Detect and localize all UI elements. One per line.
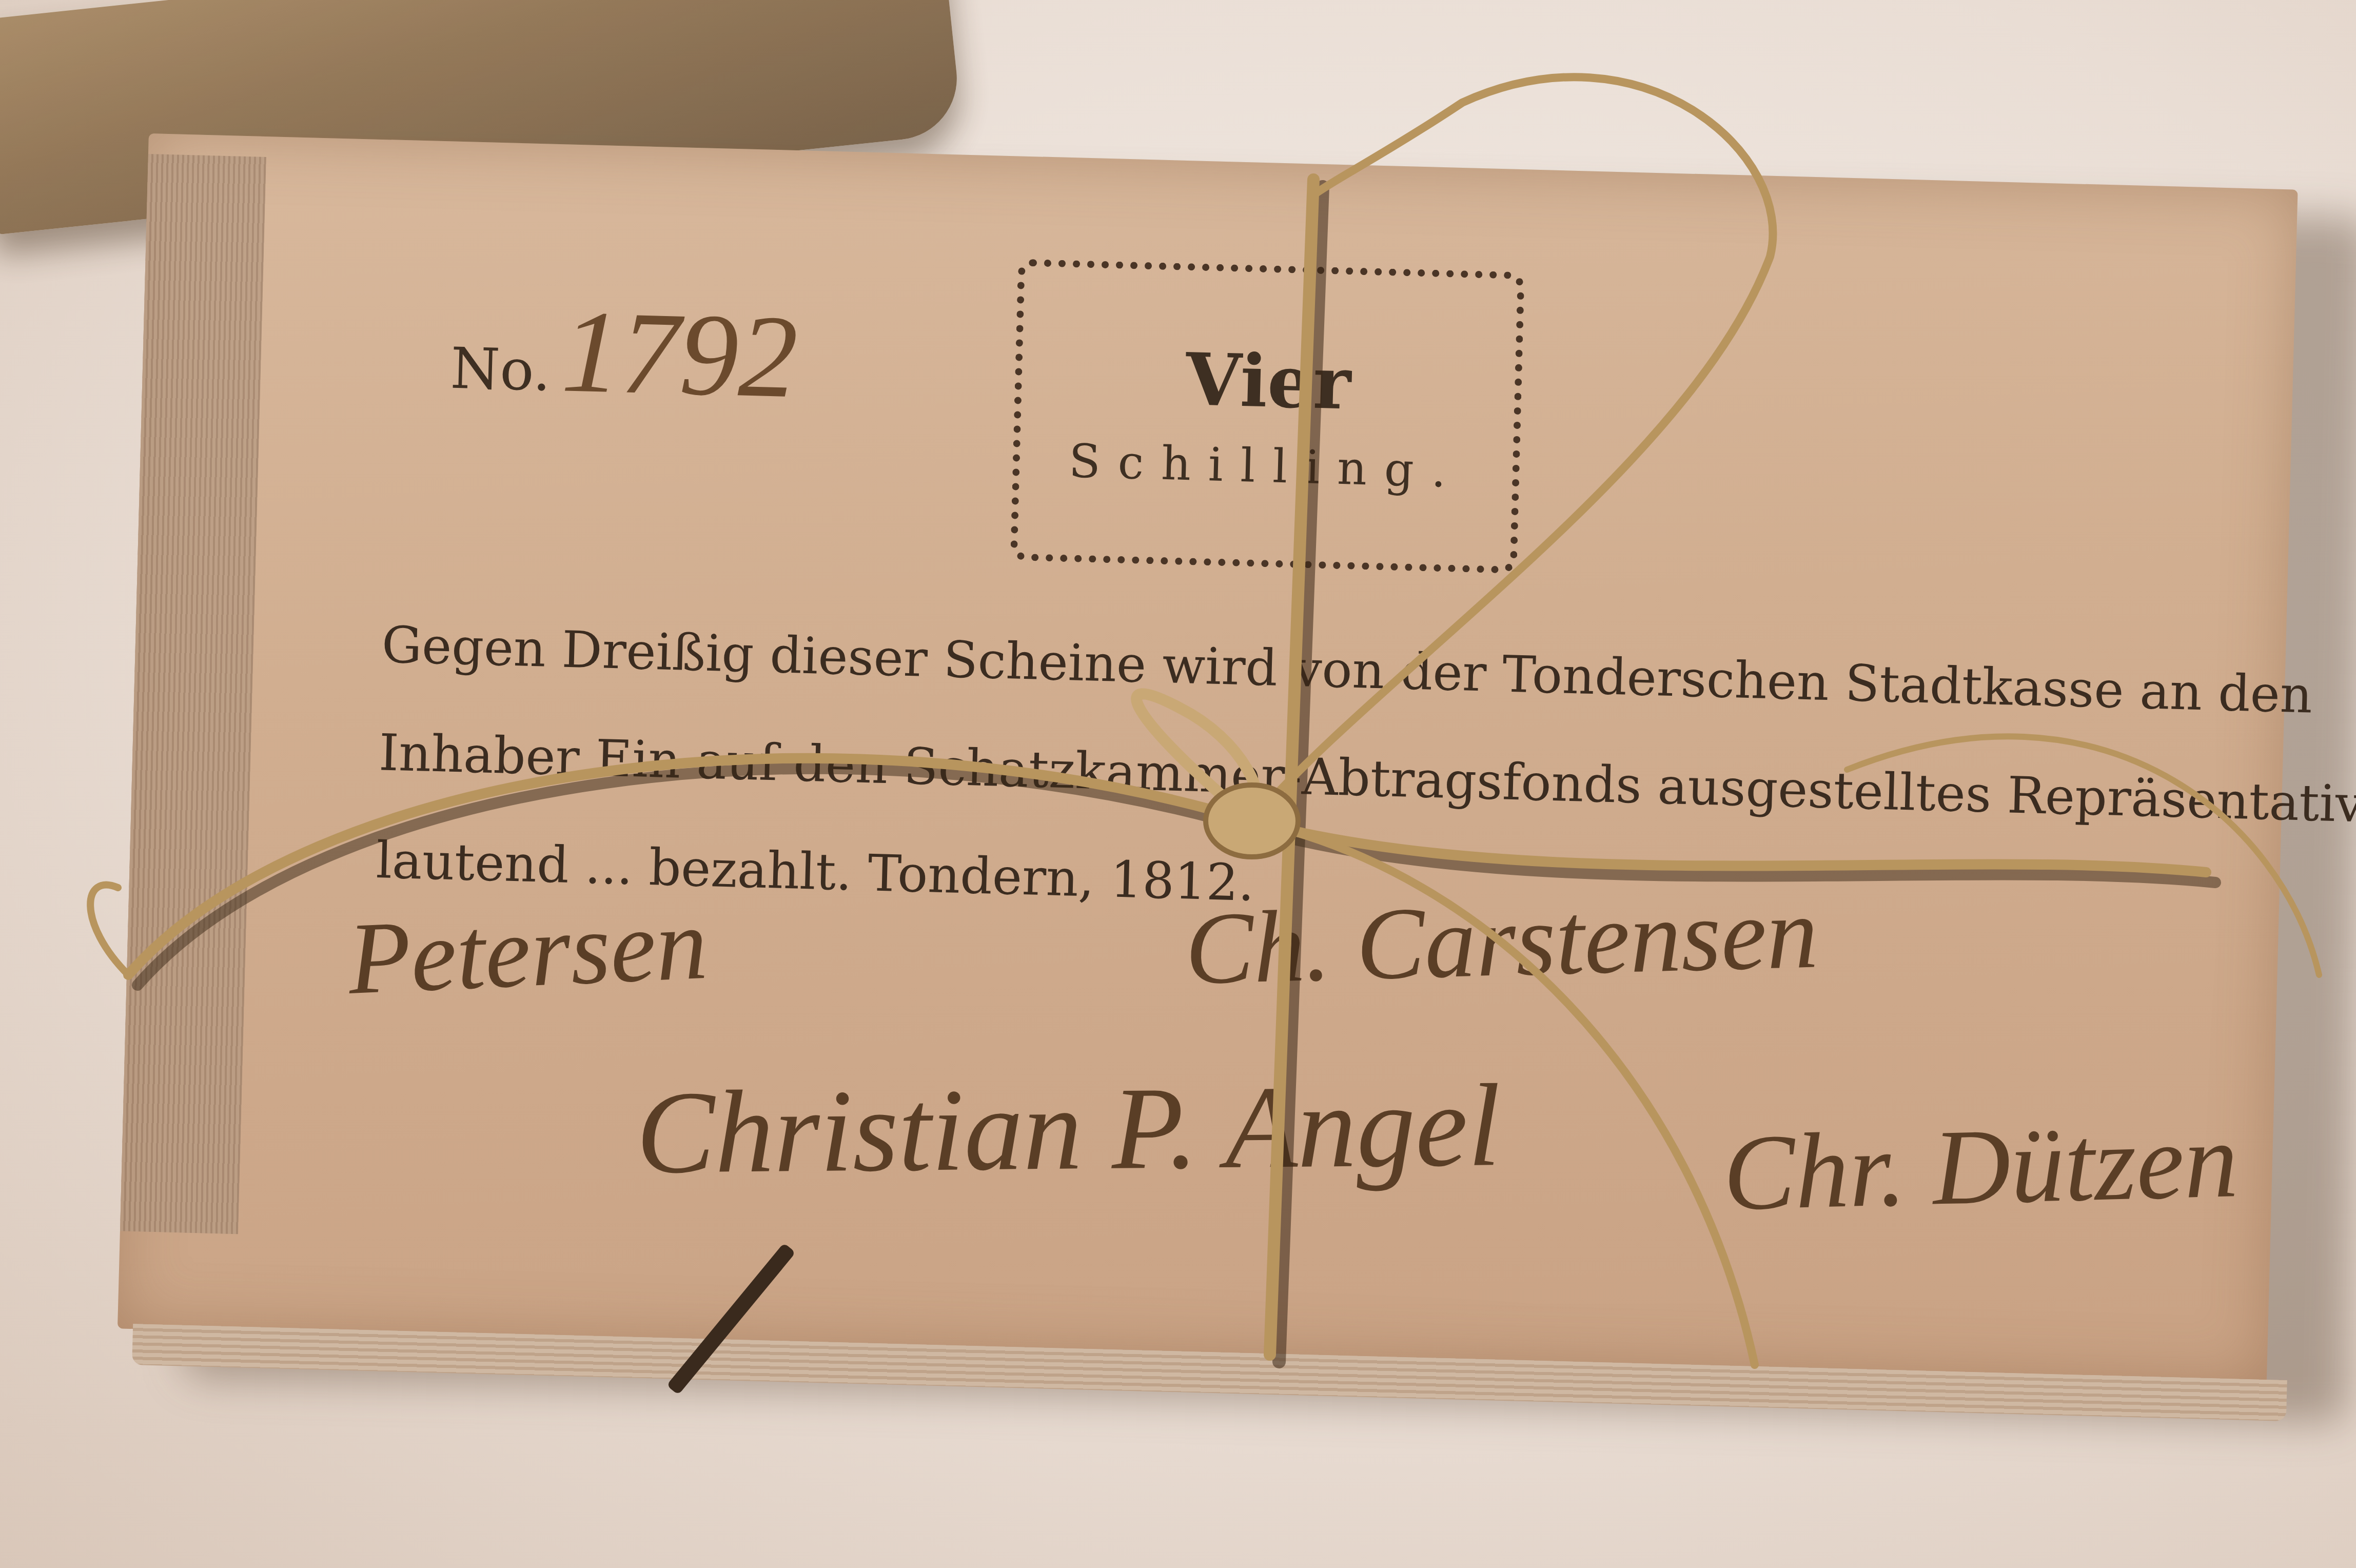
- denomination-unit: Schilling.: [1068, 434, 1464, 498]
- serial-label: No.: [450, 336, 552, 404]
- denomination-box: Vier Schilling.: [1010, 259, 1525, 574]
- signature: Chr. Dützen: [1722, 1099, 2240, 1236]
- serial-number: No.1792: [449, 280, 799, 425]
- note-stack-edge: [132, 1324, 2287, 1421]
- denomination-value: Vier: [1185, 338, 1352, 426]
- serial-value: 1792: [560, 285, 799, 422]
- signature: Petersen: [346, 885, 710, 1018]
- banknote: No.1792 Vier Schilling. Gegen Dreißig di…: [117, 133, 2298, 1385]
- signature: Christian P. Angel: [636, 1057, 1501, 1201]
- signature: Ch. Carstensen: [1184, 874, 1819, 1008]
- perforated-stub: [120, 154, 266, 1234]
